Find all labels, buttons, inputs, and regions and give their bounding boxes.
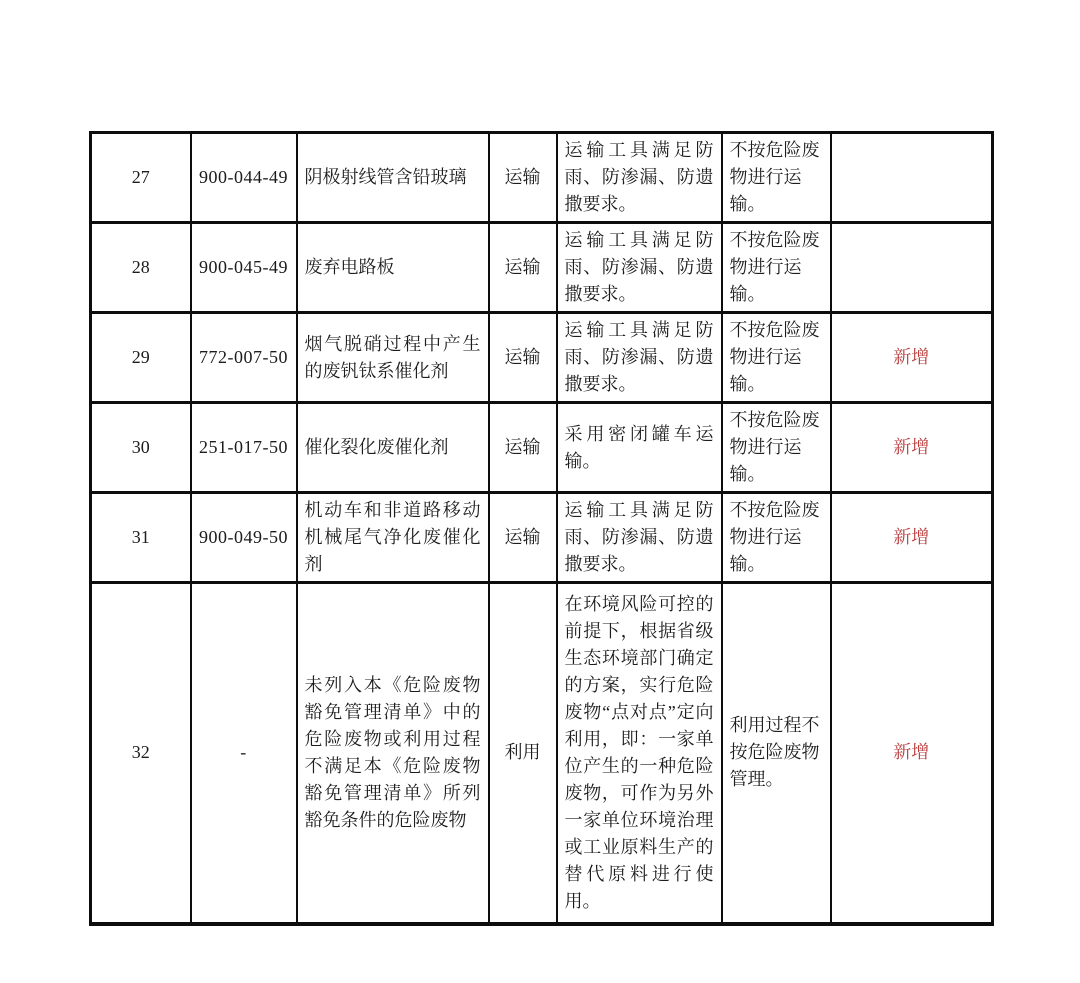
cell-waste-code: - (191, 583, 297, 924)
cell-waste-code: 900-044-49 (191, 133, 297, 223)
cell-exemption-content: 利用过程不按危险废物管理。 (722, 583, 831, 924)
document-page: 27 900-044-49 阴极射线管含铅玻璃 运输 运输工具满足防雨、防渗漏、… (0, 0, 1080, 983)
cell-exemption-conditions: 运输工具满足防雨、防渗漏、防遗撒要求。 (557, 493, 722, 583)
cell-exempt-process: 运输 (489, 133, 557, 223)
cell-status-badge: 新增 (831, 583, 993, 924)
hazardous-waste-exemption-table: 27 900-044-49 阴极射线管含铅玻璃 运输 运输工具满足防雨、防渗漏、… (89, 131, 994, 926)
table-row: 27 900-044-49 阴极射线管含铅玻璃 运输 运输工具满足防雨、防渗漏、… (91, 133, 993, 223)
cell-exempt-process: 利用 (489, 583, 557, 924)
cell-status-badge: 新增 (831, 493, 993, 583)
cell-serial-number: 28 (91, 223, 191, 313)
cell-status-badge: 新增 (831, 403, 993, 493)
cell-serial-number: 32 (91, 583, 191, 924)
cell-exemption-content: 不按危险废物进行运输。 (722, 403, 831, 493)
cell-status-badge: 新增 (831, 313, 993, 403)
cell-exemption-content: 不按危险废物进行运输。 (722, 493, 831, 583)
cell-waste-name: 未列入本《危险废物豁免管理清单》中的危险废物或利用过程不满足本《危险废物豁免管理… (297, 583, 489, 924)
table-row: 28 900-045-49 废弃电路板 运输 运输工具满足防雨、防渗漏、防遗撒要… (91, 223, 993, 313)
table-row: 31 900-049-50 机动车和非道路移动机械尾气净化废催化剂 运输 运输工… (91, 493, 993, 583)
cell-serial-number: 29 (91, 313, 191, 403)
cell-waste-code: 251-017-50 (191, 403, 297, 493)
cell-waste-name: 催化裂化废催化剂 (297, 403, 489, 493)
cell-waste-code: 900-049-50 (191, 493, 297, 583)
cell-exemption-content: 不按危险废物进行运输。 (722, 133, 831, 223)
table-row: 29 772-007-50 烟气脱硝过程中产生的废钒钛系催化剂 运输 运输工具满… (91, 313, 993, 403)
cell-exemption-conditions: 采用密闭罐车运输。 (557, 403, 722, 493)
cell-exemption-content: 不按危险废物进行运输。 (722, 313, 831, 403)
cell-exemption-content: 不按危险废物进行运输。 (722, 223, 831, 313)
table-row: 32 - 未列入本《危险废物豁免管理清单》中的危险废物或利用过程不满足本《危险废… (91, 583, 993, 924)
cell-exempt-process: 运输 (489, 313, 557, 403)
cell-serial-number: 31 (91, 493, 191, 583)
cell-waste-name: 烟气脱硝过程中产生的废钒钛系催化剂 (297, 313, 489, 403)
cell-waste-name: 废弃电路板 (297, 223, 489, 313)
cell-status-badge (831, 133, 993, 223)
cell-waste-name: 机动车和非道路移动机械尾气净化废催化剂 (297, 493, 489, 583)
cell-serial-number: 30 (91, 403, 191, 493)
cell-exemption-conditions: 运输工具满足防雨、防渗漏、防遗撒要求。 (557, 313, 722, 403)
cell-serial-number: 27 (91, 133, 191, 223)
cell-exemption-conditions: 在环境风险可控的前提下，根据省级生态环境部门确定的方案，实行危险废物“点对点”定… (557, 583, 722, 924)
cell-exemption-conditions: 运输工具满足防雨、防渗漏、防遗撒要求。 (557, 133, 722, 223)
cell-status-badge (831, 223, 993, 313)
cell-waste-name: 阴极射线管含铅玻璃 (297, 133, 489, 223)
cell-exempt-process: 运输 (489, 493, 557, 583)
cell-exempt-process: 运输 (489, 403, 557, 493)
cell-exempt-process: 运输 (489, 223, 557, 313)
cell-exemption-conditions: 运输工具满足防雨、防渗漏、防遗撒要求。 (557, 223, 722, 313)
table-row: 30 251-017-50 催化裂化废催化剂 运输 采用密闭罐车运输。 不按危险… (91, 403, 993, 493)
cell-waste-code: 772-007-50 (191, 313, 297, 403)
cell-waste-code: 900-045-49 (191, 223, 297, 313)
